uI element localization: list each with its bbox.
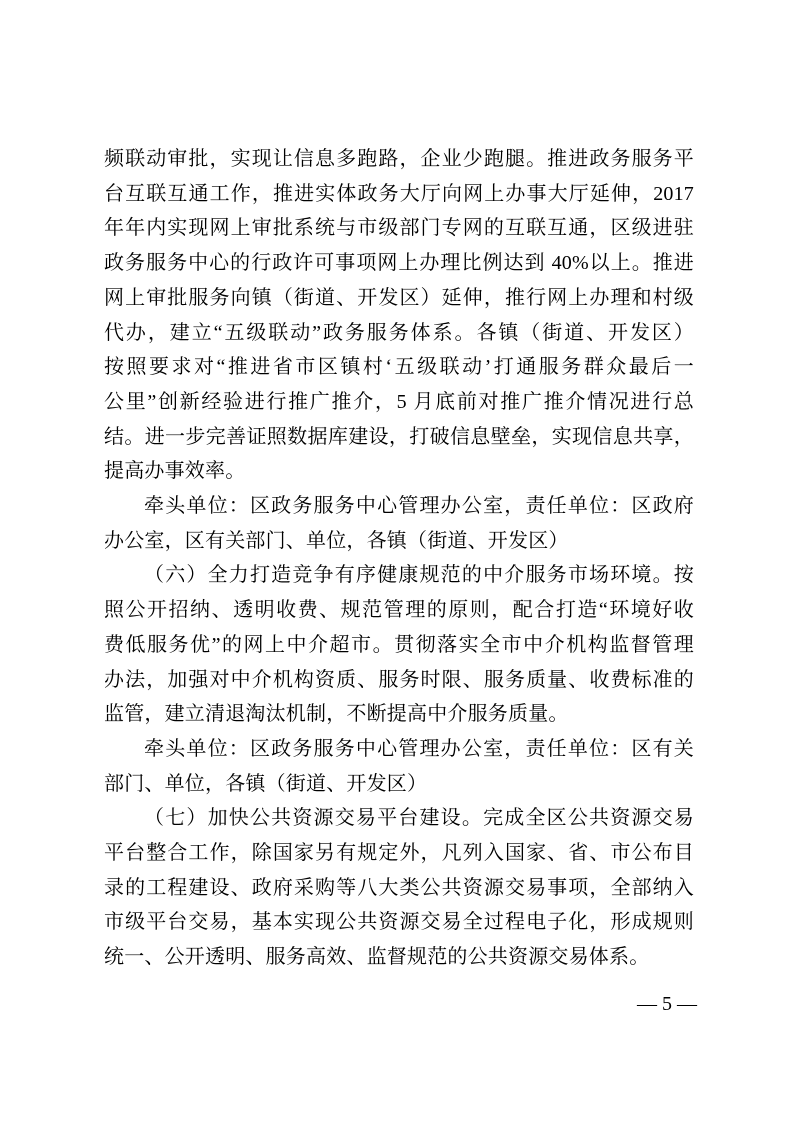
text-line: 牵头单位：区政务服务中心管理办公室，责任单位：区有关 xyxy=(104,732,694,767)
page-number: — 5 — xyxy=(627,991,697,1017)
text-line: 平台整合工作，除国家另有规定外，凡列入国家、省、市公布目 xyxy=(104,836,694,871)
document-page: 频联动审批，实现让信息多跑路，企业少跑腿。推进政务服务平台互联互通工作，推进实体… xyxy=(0,0,793,1122)
text-line: 提高办事效率。 xyxy=(104,454,694,489)
text-line: 频联动审批，实现让信息多跑路，企业少跑腿。推进政务服务平 xyxy=(104,142,694,177)
text-line: 代办，建立“五级联动”政务服务体系。各镇（街道、开发区） xyxy=(104,316,694,351)
text-line: 牵头单位：区政务服务中心管理办公室，责任单位：区政府 xyxy=(104,489,694,524)
text-line: 办公室，区有关部门、单位，各镇（街道、开发区） xyxy=(104,524,694,559)
text-line: 录的工程建设、政府采购等八大类公共资源交易事项，全部纳入 xyxy=(104,871,694,906)
text-line: 部门、单位，各镇（街道、开发区） xyxy=(104,767,694,802)
text-line: 费低服务优”的网上中介超市。贯彻落实全市中介机构监督管理 xyxy=(104,628,694,663)
text-line: 网上审批服务向镇（街道、开发区）延伸，推行网上办理和村级 xyxy=(104,281,694,316)
text-line: 按照要求对“推进省市区镇村‘五级联动’打通服务群众最后一 xyxy=(104,350,694,385)
text-line: （七）加快公共资源交易平台建设。完成全区公共资源交易 xyxy=(104,801,694,836)
text-line: （六）全力打造竞争有序健康规范的中介服务市场环境。按 xyxy=(104,558,694,593)
text-line: 结。进一步完善证照数据库建设，打破信息壁垒，实现信息共享， xyxy=(104,420,694,455)
text-line: 统一、公开透明、服务高效、监督规范的公共资源交易体系。 xyxy=(104,940,694,975)
text-line: 公里”创新经验进行推广推介，5 月底前对推广推介情况进行总 xyxy=(104,385,694,420)
document-body: 频联动审批，实现让信息多跑路，企业少跑腿。推进政务服务平台互联互通工作，推进实体… xyxy=(104,142,694,975)
text-line: 政务服务中心的行政许可事项网上办理比例达到 40%以上。推进 xyxy=(104,246,694,281)
text-line: 市级平台交易，基本实现公共资源交易全过程电子化，形成规则 xyxy=(104,905,694,940)
text-line: 监管，建立清退淘汰机制，不断提高中介服务质量。 xyxy=(104,697,694,732)
text-line: 台互联互通工作，推进实体政务大厅向网上办事大厅延伸，2017 xyxy=(104,177,694,212)
text-line: 年年内实现网上审批系统与市级部门专网的互联互通，区级进驻 xyxy=(104,211,694,246)
text-line: 办法，加强对中介机构资质、服务时限、服务质量、收费标准的 xyxy=(104,663,694,698)
text-line: 照公开招纳、透明收费、规范管理的原则，配合打造“环境好收 xyxy=(104,593,694,628)
